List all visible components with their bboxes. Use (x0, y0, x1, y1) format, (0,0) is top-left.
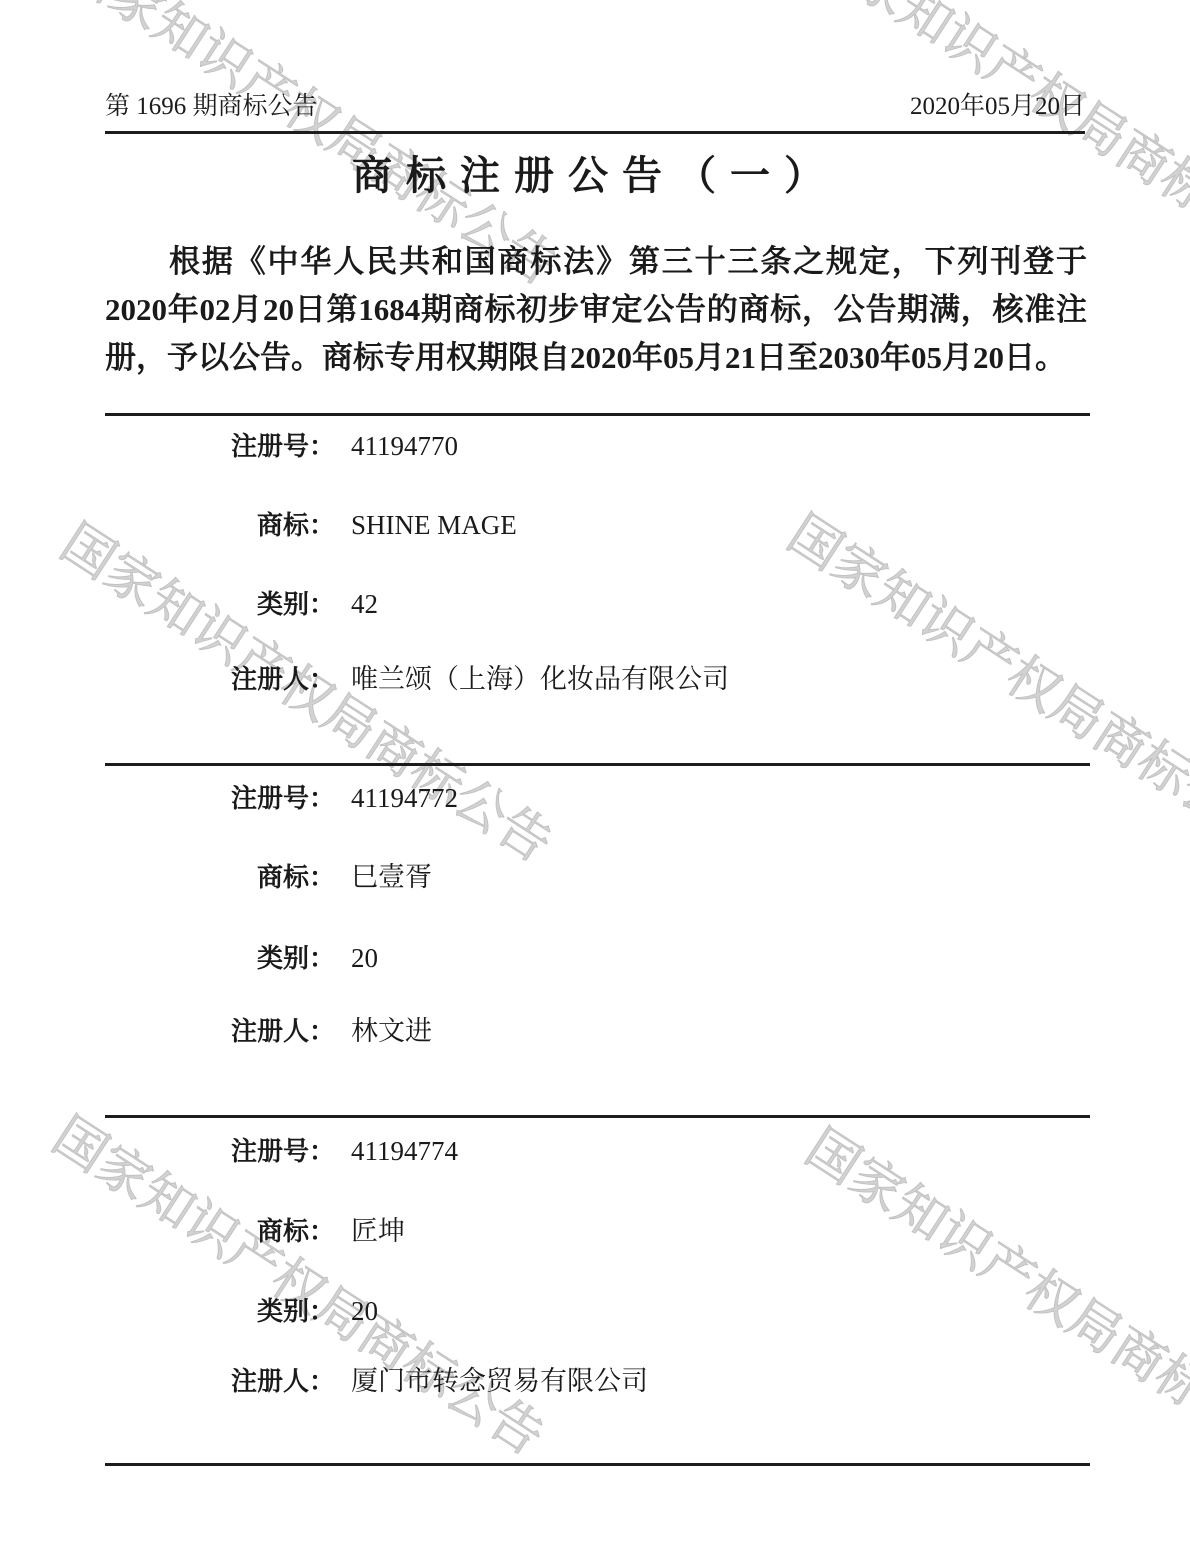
page-title: 商标注册公告（一） (0, 148, 1190, 204)
field-value-reg-no: 41194774 (351, 1135, 458, 1167)
issue-number: 第 1696 期商标公告 (105, 92, 318, 122)
separator-line (105, 413, 1090, 416)
separator-line (105, 1463, 1090, 1466)
separator-line (105, 763, 1090, 766)
field-label-trademark: 商标： (105, 1215, 335, 1247)
field-label-category: 类别： (105, 1295, 335, 1327)
field-value-registrant: 林文进 (351, 1015, 432, 1047)
field-value-registrant: 厦门市转念贸易有限公司 (351, 1365, 648, 1397)
page-header: 第 1696 期商标公告 2020年05月20日 (105, 92, 1085, 122)
field-value-trademark: 匠坤 (351, 1215, 405, 1247)
field-value-category: 20 (351, 942, 378, 974)
field-label-reg-no: 注册号： (105, 1135, 335, 1167)
field-row-trademark: 商标： SHINE MAGE (105, 509, 1085, 541)
field-value-reg-no: 41194770 (351, 430, 458, 462)
field-row-category: 类别： 20 (105, 942, 1085, 974)
field-label-category: 类别： (105, 942, 335, 974)
field-value-trademark: SHINE MAGE (351, 509, 517, 541)
field-label-registrant: 注册人： (105, 663, 335, 695)
field-label-trademark: 商标： (105, 861, 335, 893)
separator-line (105, 1115, 1090, 1118)
field-label-reg-no: 注册号： (105, 430, 335, 462)
field-label-reg-no: 注册号： (105, 782, 335, 814)
header-rule (105, 131, 1085, 134)
field-label-category: 类别： (105, 588, 335, 620)
field-value-trademark: 巳壹胥 (351, 861, 432, 893)
field-value-category: 20 (351, 1295, 378, 1327)
field-value-reg-no: 41194772 (351, 782, 458, 814)
field-row-registrant: 注册人： 林文进 (105, 1015, 1085, 1047)
field-row-trademark: 商标： 巳壹胥 (105, 861, 1085, 893)
field-row-category: 类别： 20 (105, 1295, 1085, 1327)
intro-paragraph: 根据《中华人民共和国商标法》第三十三条之规定，下列刊登于2020年02月20日第… (105, 238, 1087, 382)
gazette-page: 国家知识产权局商标公告 国家知识产权局商标公告 国家知识产权局商标公告 国家知识… (0, 0, 1190, 1564)
field-row-reg-no: 注册号： 41194772 (105, 782, 1085, 814)
field-label-registrant: 注册人： (105, 1015, 335, 1047)
field-row-category: 类别： 42 (105, 588, 1085, 620)
field-row-trademark: 商标： 匠坤 (105, 1215, 1085, 1247)
field-label-registrant: 注册人： (105, 1365, 335, 1397)
field-row-registrant: 注册人： 厦门市转念贸易有限公司 (105, 1365, 1085, 1397)
field-value-registrant: 唯兰颂（上海）化妆品有限公司 (351, 663, 729, 695)
publication-date: 2020年05月20日 (910, 92, 1085, 122)
field-row-registrant: 注册人： 唯兰颂（上海）化妆品有限公司 (105, 663, 1085, 695)
field-row-reg-no: 注册号： 41194774 (105, 1135, 1085, 1167)
field-value-category: 42 (351, 588, 378, 620)
field-row-reg-no: 注册号： 41194770 (105, 430, 1085, 462)
field-label-trademark: 商标： (105, 509, 335, 541)
